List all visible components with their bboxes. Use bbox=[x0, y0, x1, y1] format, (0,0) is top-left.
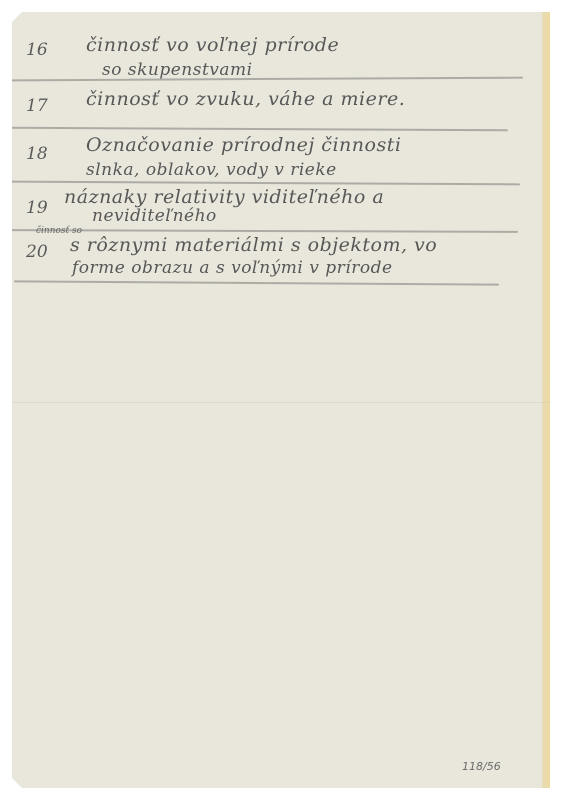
item-text-line2: forme obrazu a s voľnými v prírode bbox=[72, 258, 393, 278]
item-number: 19 bbox=[26, 198, 48, 218]
paper-fold bbox=[12, 402, 550, 403]
item-text-line1: s rôznymi materiálmi s objektom, vo bbox=[70, 234, 437, 256]
item-number: 17 bbox=[26, 96, 48, 116]
paper-yellowed-edge bbox=[542, 12, 550, 788]
divider-line bbox=[14, 280, 499, 285]
paper-sheet: 16 činnosť vo voľnej prírode so skupenst… bbox=[12, 12, 550, 788]
divider-line bbox=[8, 181, 520, 186]
item-text-line2: slnka, oblakov, vody v rieke bbox=[86, 160, 337, 180]
divider-line bbox=[8, 77, 523, 82]
item-text-line1: činnosť vo voľnej prírode bbox=[86, 34, 339, 56]
item-text-line1: Označovanie prírodnej činnosti bbox=[86, 134, 401, 156]
archive-number: 118/56 bbox=[462, 760, 501, 773]
item-number: 20 bbox=[26, 242, 48, 262]
divider-line bbox=[8, 127, 508, 132]
item-text-line1: činnosť vo zvuku, váhe a miere. bbox=[86, 88, 405, 110]
divider-line bbox=[8, 229, 518, 233]
item-text-line2: neviditeľného bbox=[92, 206, 217, 226]
item-number: 16 bbox=[26, 40, 48, 60]
item-text-line1: náznaky relativity viditeľného a bbox=[64, 186, 384, 208]
item-text-line2: so skupenstvami bbox=[102, 60, 253, 80]
item-number: 18 bbox=[26, 144, 48, 164]
